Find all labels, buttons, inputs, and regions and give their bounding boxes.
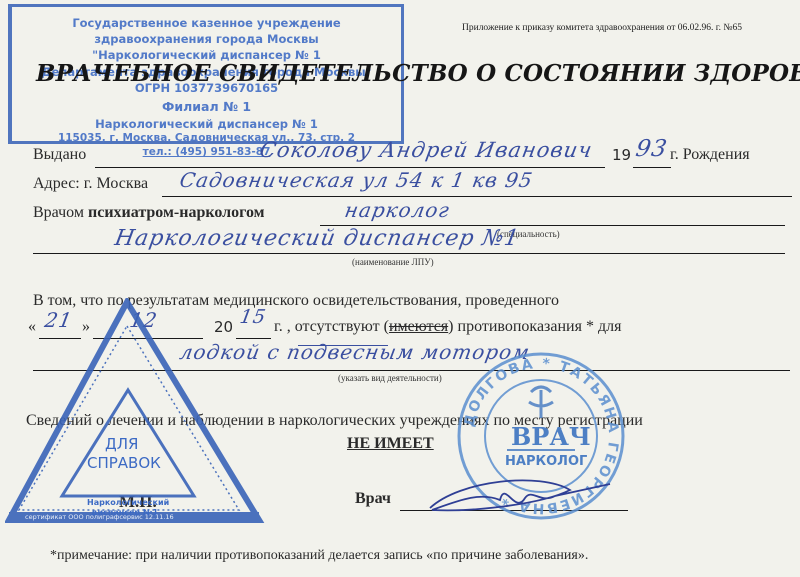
birth-suffix: г. Рождения bbox=[670, 146, 750, 164]
birth-prefix: 19 bbox=[612, 146, 631, 164]
institution-underline bbox=[33, 253, 785, 254]
struck-option: имеются bbox=[389, 318, 448, 335]
doctor-label: Врачом психиатром-наркологом bbox=[33, 204, 265, 222]
stamp-line: Филиал № 1 bbox=[12, 99, 401, 114]
stamp-line: Наркологический диспансер № 1 bbox=[12, 117, 401, 131]
round-stamp-subtitle: НАРКОЛОГ bbox=[505, 454, 587, 469]
doctor-specialty-label: психиатром-наркологом bbox=[88, 204, 265, 221]
specialty-handwritten: нарколог bbox=[343, 198, 452, 222]
footer-note: *примечание: при наличии противопоказани… bbox=[50, 548, 588, 564]
triangle-stamp: ДЛЯ СПРАВОК Наркологический диспансер №1… bbox=[5, 298, 265, 530]
stamp-line: здравоохранения города Москвы bbox=[12, 32, 401, 46]
activity-caption: (указать вид деятельности) bbox=[338, 373, 442, 383]
doctor-signature bbox=[420, 470, 620, 520]
doctor-sign-label: Врач bbox=[355, 490, 391, 508]
doctor-label-text: Врачом bbox=[33, 204, 84, 221]
issued-label: Выдано bbox=[33, 146, 86, 164]
appendix-note: Приложение к приказу комитета здравоохра… bbox=[462, 23, 742, 33]
address-underline bbox=[162, 196, 792, 197]
triangle-center-line: ДЛЯ bbox=[105, 435, 138, 453]
address-handwritten: Садовническая ул 54 к 1 кв 95 bbox=[178, 168, 535, 192]
contra-line: г. , отсутствуют (имеются) противопоказа… bbox=[274, 318, 621, 336]
birth-year-underline bbox=[633, 167, 671, 168]
document-title: ВРАЧЕБНОЕ СВИДЕТЕЛЬСТВО О СОСТОЯНИИ ЗДОР… bbox=[36, 60, 800, 87]
contra-text: ) противопоказания * для bbox=[448, 318, 621, 335]
birth-year-handwritten: 93 bbox=[634, 136, 670, 162]
medical-certificate-page: Приложение к приказу комитета здравоохра… bbox=[0, 0, 800, 577]
triangle-center-line: СПРАВОК bbox=[87, 454, 161, 472]
stamp-line: Государственное казенное учреждение bbox=[12, 16, 401, 30]
date-suffix: г. , отсутствуют ( bbox=[274, 318, 389, 335]
treatment-value: НЕ ИМЕЕТ bbox=[347, 435, 434, 453]
triangle-bottom-line: Наркологический bbox=[87, 498, 169, 507]
triangle-base-text: сертификат ООО полиграфсервис 12.11.16 bbox=[25, 513, 174, 521]
institution-handwritten: Наркологический диспансер №1 bbox=[113, 226, 522, 251]
issued-name-handwritten: Соколову Андрей Иванович bbox=[258, 138, 595, 162]
activity-overstroke bbox=[298, 345, 388, 346]
round-stamp-title: ВРАЧ bbox=[511, 422, 591, 451]
address-label: Адрес: г. Москва bbox=[33, 175, 148, 193]
institution-caption: (наименование ЛПУ) bbox=[352, 257, 434, 267]
